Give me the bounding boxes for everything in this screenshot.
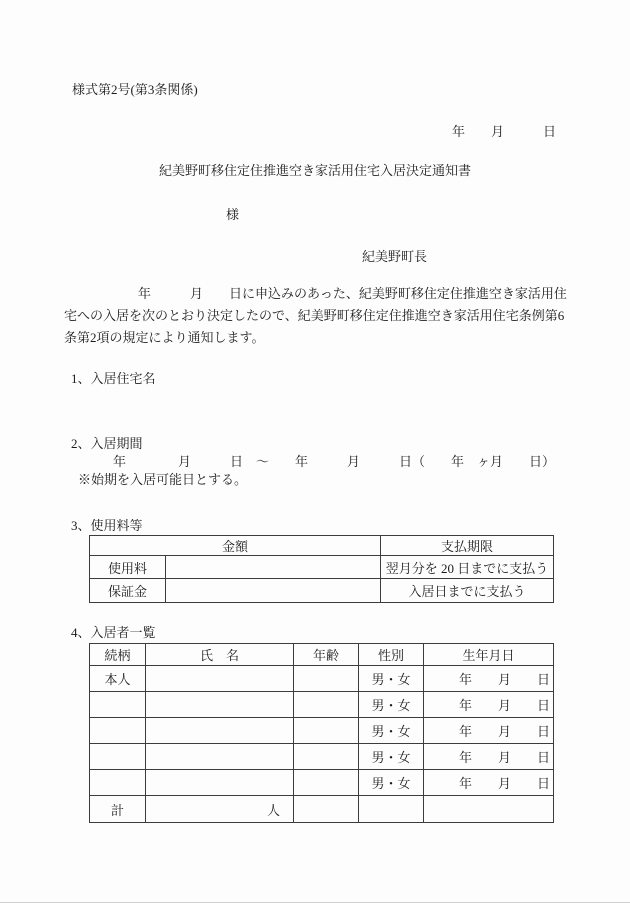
- age-cell-blank: [294, 692, 359, 718]
- fee-table-header-row: 金額 支払期限: [90, 536, 554, 556]
- form-number: 様式第2号(第3条関係): [72, 83, 198, 97]
- section-heading-residence-name: 1、入居住宅名: [71, 372, 156, 386]
- age-cell-blank: [294, 718, 359, 744]
- birthdate-cell: 年 月 日: [424, 666, 554, 692]
- residents-table-header-row: 続柄 氏 名 年齢 性別 生年月日: [90, 644, 554, 666]
- sex-cell: 男・女: [359, 744, 424, 770]
- birthdate-cell: 年 月 日: [424, 744, 554, 770]
- tenancy-period-line: 年 月 日 ～ 年 月 日（ 年 ヶ月 日）: [113, 455, 555, 469]
- body-line: 年 月 日に申込みのあった、紀美野町移住定住推進空き家活用住: [138, 287, 567, 301]
- residents-total-row: 計 人: [90, 796, 554, 823]
- birthdate-header: 生年月日: [424, 644, 554, 666]
- document-page: 様式第2号(第3条関係) 年 月 日 紀美野町移住定住推進空き家活用住宅入居決定…: [0, 0, 630, 903]
- table-row: 保証金 入居日までに支払う: [90, 579, 554, 603]
- table-row: 男・女 年 月 日: [90, 718, 554, 744]
- sex-cell: 男・女: [359, 770, 424, 796]
- issue-date-line: 年 月 日: [452, 125, 556, 139]
- name-cell-blank: [146, 692, 294, 718]
- section-heading-fees: 3、使用料等: [71, 519, 143, 533]
- fee-row-deadline: 翌月分を 20 日までに支払う: [381, 556, 554, 579]
- birthdate-cell: 年 月 日: [424, 692, 554, 718]
- age-cell-blank: [294, 666, 359, 692]
- relation-cell: [90, 692, 146, 718]
- name-cell-blank: [146, 744, 294, 770]
- fee-row-value-blank: [166, 579, 381, 603]
- relation-cell: [90, 744, 146, 770]
- section-heading-tenancy-period: 2、入居期間: [71, 437, 143, 451]
- sender-name: 紀美野町長: [362, 250, 427, 264]
- name-header: 氏 名: [146, 644, 294, 666]
- sex-header: 性別: [359, 644, 424, 666]
- tenancy-period-note: ※始期を入居可能日とする。: [78, 473, 247, 487]
- total-label-cell: 計: [90, 796, 146, 823]
- sex-cell: 男・女: [359, 692, 424, 718]
- relation-cell: [90, 718, 146, 744]
- blank-cell: [359, 796, 424, 823]
- table-row: 本人 男・女 年 月 日: [90, 666, 554, 692]
- name-cell-blank: [146, 770, 294, 796]
- birthdate-cell: 年 月 日: [424, 718, 554, 744]
- addressee-suffix: 様: [226, 208, 239, 222]
- fee-row-label: 保証金: [90, 579, 166, 603]
- fee-deadline-header: 支払期限: [381, 536, 554, 556]
- body-line: 宅への入居を次のとおり決定したので、紀美野町移住定住推進空き家活用住宅条例第6: [64, 309, 564, 323]
- table-row: 男・女 年 月 日: [90, 770, 554, 796]
- sex-cell: 男・女: [359, 666, 424, 692]
- fee-row-label: 使用料: [90, 556, 166, 579]
- total-count-cell: 人: [146, 796, 294, 823]
- name-cell-blank: [146, 666, 294, 692]
- body-line: 条第2項の規定により通知します。: [64, 331, 264, 345]
- sex-cell: 男・女: [359, 718, 424, 744]
- blank-cell: [424, 796, 554, 823]
- document-title: 紀美野町移住定住推進空き家活用住宅入居決定通知書: [0, 164, 630, 178]
- table-row: 男・女 年 月 日: [90, 692, 554, 718]
- name-cell-blank: [146, 718, 294, 744]
- relation-cell: 本人: [90, 666, 146, 692]
- relation-cell: [90, 770, 146, 796]
- birthdate-cell: 年 月 日: [424, 770, 554, 796]
- age-cell-blank: [294, 770, 359, 796]
- table-row: 男・女 年 月 日: [90, 744, 554, 770]
- fee-row-value-blank: [166, 556, 381, 579]
- blank-cell: [294, 796, 359, 823]
- age-cell-blank: [294, 744, 359, 770]
- relation-header: 続柄: [90, 644, 146, 666]
- residents-table: 続柄 氏 名 年齢 性別 生年月日 本人 男・女 年 月 日 男・女 年 月 日…: [89, 643, 554, 823]
- fee-row-deadline: 入居日までに支払う: [381, 579, 554, 603]
- table-row: 使用料 翌月分を 20 日までに支払う: [90, 556, 554, 579]
- fee-amount-header: 金額: [90, 536, 381, 556]
- section-heading-residents: 4、入居者一覧: [71, 626, 156, 640]
- age-header: 年齢: [294, 644, 359, 666]
- fee-table: 金額 支払期限 使用料 翌月分を 20 日までに支払う 保証金 入居日までに支払…: [89, 535, 554, 603]
